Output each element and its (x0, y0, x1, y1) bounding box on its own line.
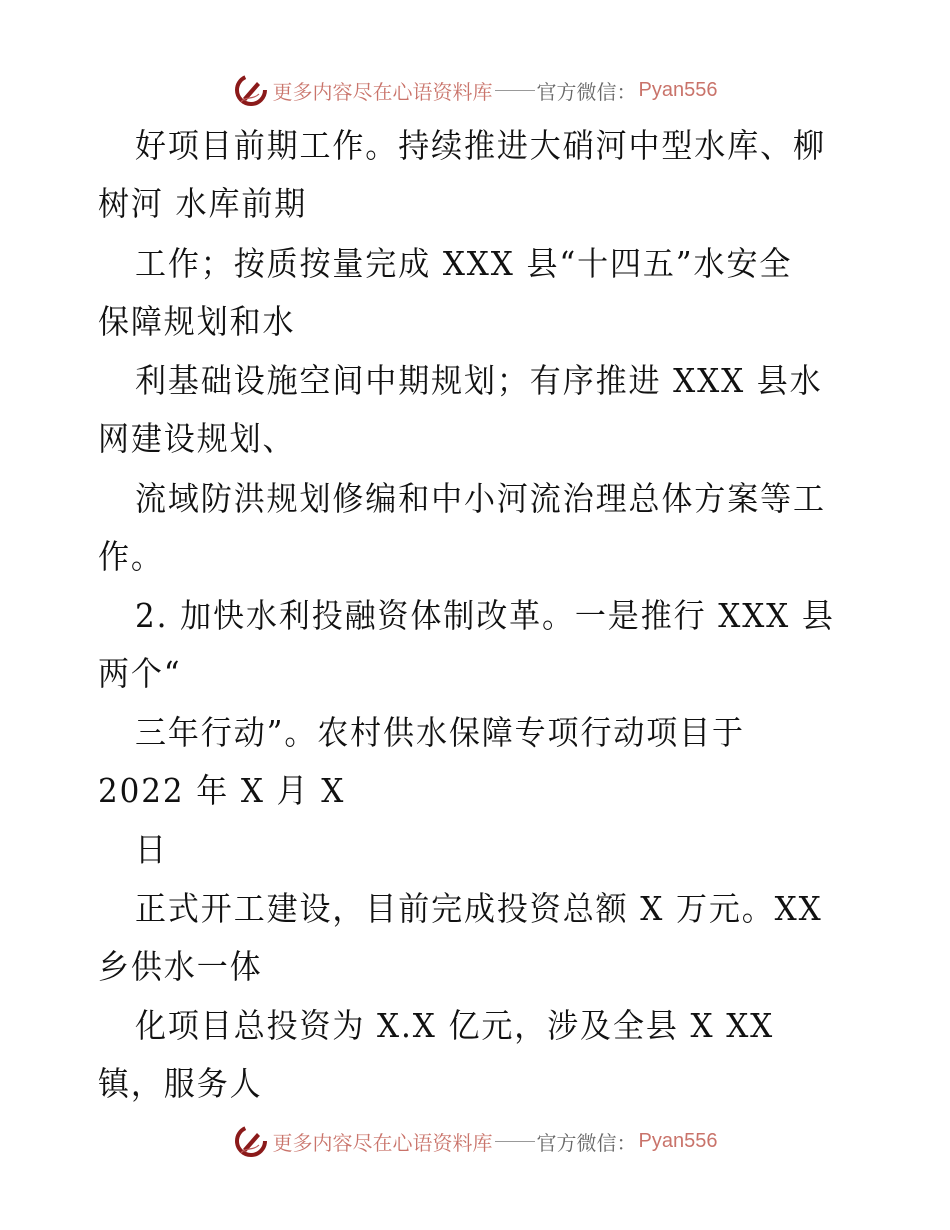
banner-separator (495, 1141, 535, 1142)
text-line: 三年行动”。农村供水保障专项行动项目于 (135, 713, 745, 753)
text-line: 工作；按质按量完成 XXX 县“十四五”水安全 (135, 244, 792, 284)
text-line: 网建设规划、 (98, 419, 295, 459)
text-line: 化项目总投资为 X.X 亿元，涉及全县 X XX (135, 1006, 774, 1046)
text-line: 利基础设施空间中期规划；有序推进 XXX 县水 (135, 361, 823, 401)
text-line: 保障规划和水 (98, 302, 295, 342)
text-line: 2022 年 X 月 X (98, 771, 345, 811)
banner-main-text: 更多内容尽在心语资料库 (273, 1127, 493, 1156)
header-watermark-banner: 更多内容尽在心语资料库 官方微信： Pyan556 (0, 70, 950, 110)
text-line: 树河 水库前期 (98, 184, 307, 224)
text-line: 2. 加快水利投融资体制改革。一是推行 XXX 县 (135, 596, 835, 636)
banner-main-text: 更多内容尽在心语资料库 (273, 76, 493, 105)
quill-pen-logo-icon (233, 72, 269, 108)
quill-pen-logo-icon (233, 1123, 269, 1159)
banner-label: 官方微信： (537, 1127, 637, 1156)
footer-watermark-banner: 更多内容尽在心语资料库 官方微信： Pyan556 (0, 1121, 950, 1161)
text-line: 流域防洪规划修编和中小河流治理总体方案等工 (135, 479, 826, 519)
banner-label: 官方微信： (537, 76, 637, 105)
banner-wechat-id: Pyan556 (639, 79, 718, 102)
banner-separator (495, 90, 535, 91)
text-line: 好项目前期工作。持续推进大硝河中型水库、柳 (135, 126, 826, 166)
text-line: 乡供水一体 (98, 947, 263, 987)
text-line: 作。 (98, 537, 164, 577)
banner-wechat-id: Pyan556 (639, 1130, 718, 1153)
text-line: 两个“ (98, 654, 182, 694)
text-line: 正式开工建设，目前完成投资总额 X 万元。XX (135, 889, 823, 929)
text-line: 日 (135, 830, 168, 870)
text-line: 镇，服务人 (98, 1064, 263, 1104)
